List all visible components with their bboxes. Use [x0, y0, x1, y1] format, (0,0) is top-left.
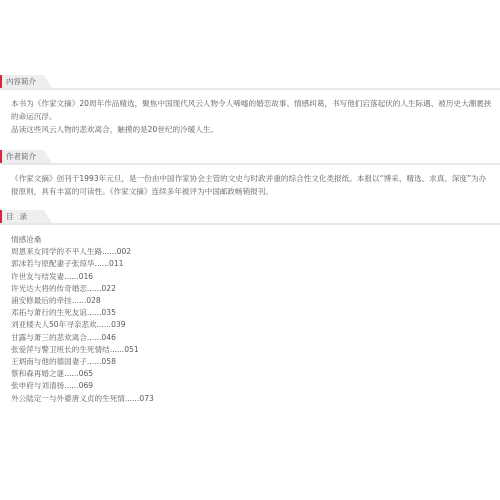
toc-item: 周恩来女同学的不平人生路......002 — [11, 246, 154, 258]
author-paragraph: 《作家文摘》创刊于1993年元旦，是一份由中国作家协会主管的文史与时政并重的综合… — [11, 172, 493, 198]
toc-item: 甘露与萧三的悲欢离合......046 — [11, 332, 154, 344]
author-section-header: 作者简介 — [0, 150, 500, 165]
toc-item: 许世友与结发妻......016 — [11, 271, 154, 283]
toc-item: 外公陆定一与外婆唐义贞的生死情......073 — [11, 393, 154, 405]
toc-item: 刘亚楼夫人50年寻亲悲欢......039 — [11, 319, 154, 331]
toc-item: 张申府与刘清扬......069 — [11, 380, 154, 392]
toc-item: 蔡和森再婚之谜......065 — [11, 368, 154, 380]
toc-item: 许光达大将的传奇婚恋......022 — [11, 283, 154, 295]
toc-list: 情感沧桑 周恩来女同学的不平人生路......002 郭沫若与原配妻子张琼华..… — [11, 234, 154, 405]
summary-section-title: 内容简介 — [0, 75, 44, 88]
toc-section-title: 目录 — [0, 210, 44, 223]
book-detail-page: 内容简介 本书为《作家文摘》20周年作品精选，聚焦中国现代风云人物令人唏嘘的婚恋… — [0, 0, 500, 500]
summary-paragraph: 品读这些风云人物的悲欢离合，触摸的是20世纪的冷暖人生。 — [11, 123, 493, 136]
author-text: 《作家文摘》创刊于1993年元旦，是一份由中国作家协会主管的文史与时政并重的综合… — [11, 172, 493, 198]
toc-item: 浦安修最后的牵挂......028 — [11, 295, 154, 307]
toc-item: 王炳南与他的德国妻子......058 — [11, 356, 154, 368]
toc-section-header: 目录 — [0, 210, 500, 225]
author-section-title: 作者简介 — [0, 150, 44, 163]
summary-section-header: 内容简介 — [0, 75, 500, 90]
toc-item: 情感沧桑 — [11, 234, 154, 246]
summary-paragraph: 本书为《作家文摘》20周年作品精选，聚焦中国现代风云人物令人唏嘘的婚恋故事、情感… — [11, 97, 493, 123]
toc-item: 郭沫若与原配妻子张琼华......011 — [11, 258, 154, 270]
summary-text: 本书为《作家文摘》20周年作品精选，聚焦中国现代风云人物令人唏嘘的婚恋故事、情感… — [11, 97, 493, 136]
toc-item: 邓拓与萧行的生死友谊......035 — [11, 307, 154, 319]
toc-item: 张爱萍与警卫班长的生死情结......051 — [11, 344, 154, 356]
